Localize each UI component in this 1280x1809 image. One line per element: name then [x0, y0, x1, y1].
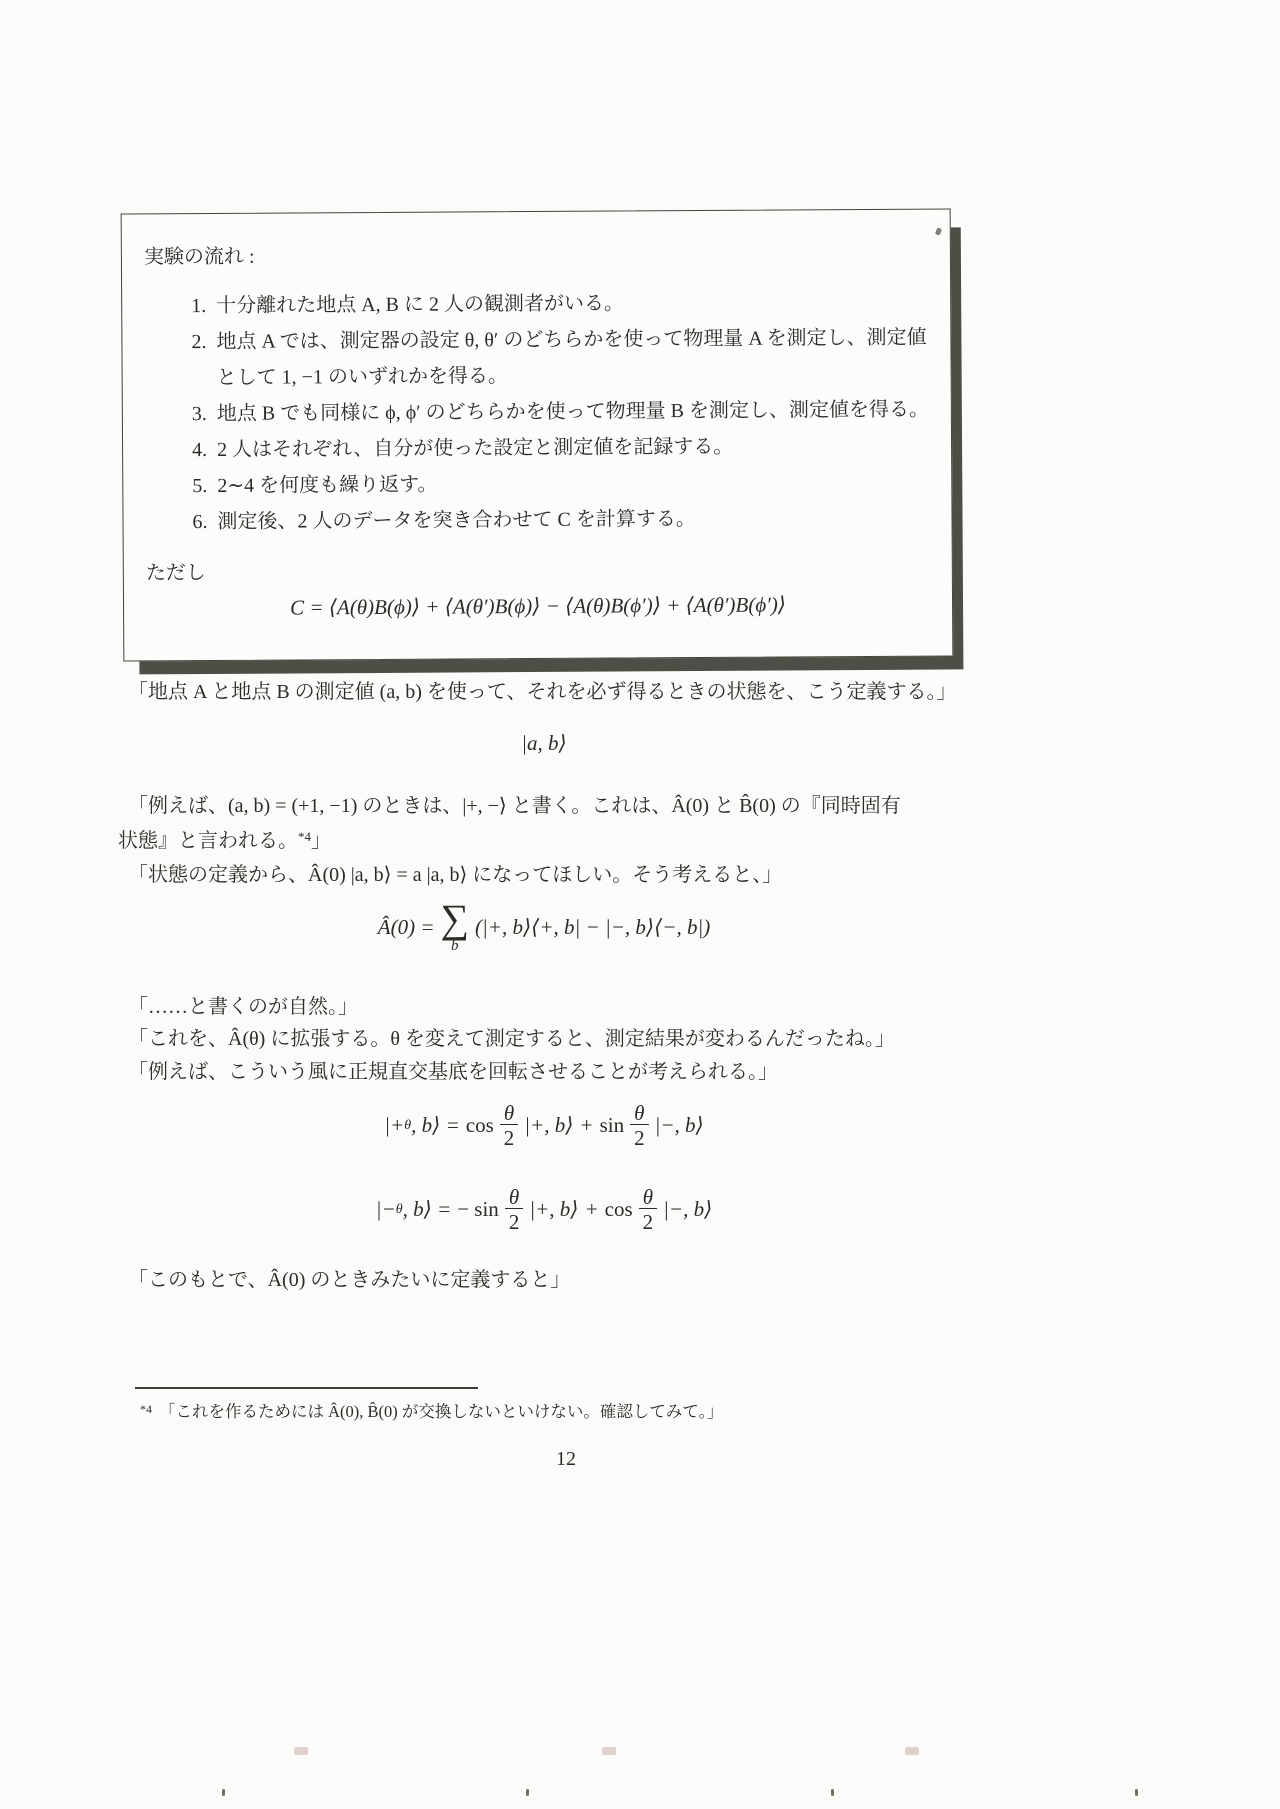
footnote-text: 「これを作るためには Â(0), B̂(0) が交換しないといけない。確認してみ…	[159, 1402, 723, 1421]
sigma-glyph: ∑	[441, 900, 470, 938]
fraction-denominator: 2	[630, 1124, 649, 1149]
scanned-document-page: 実験の流れ : 1. 十分離れた地点 A, B に 2 人の観測者がいる。 2.…	[0, 0, 1280, 1809]
fraction-theta-over-2: θ2	[505, 1186, 524, 1233]
paragraph-natural: 「……と書くのが自然。」	[118, 990, 978, 1019]
footnote-marker: *4	[140, 1402, 152, 1416]
paragraph-rotate-basis: 「例えば、こういう風に正規直交基底を回転させることが考えられる。」	[118, 1055, 978, 1084]
experiment-box-title: 実験の流れ :	[144, 240, 255, 270]
fraction-theta-over-2: θ2	[630, 1102, 649, 1149]
scan-speck	[905, 1747, 919, 1755]
experiment-step-4: 4. 2 人はそれぞれ、自分が使った設定と測定値を記録する。	[181, 428, 929, 469]
experiment-procedure-box: 実験の流れ : 1. 十分離れた地点 A, B に 2 人の観測者がいる。 2.…	[121, 208, 954, 661]
step-text: 十分離れた地点 A, B に 2 人の観測者がいる。	[216, 292, 624, 316]
fraction-numerator: θ	[639, 1186, 657, 1208]
plus-operator: +	[584, 1197, 598, 1222]
paragraph-define-state: 「地点 A と地点 B の測定値 (a, b) を使って、それを必ず得るときの状…	[118, 675, 978, 704]
equation-C: C = ⟨A(θ)B(ϕ)⟩ + ⟨A(θ′)B(ϕ)⟩ − ⟨A(θ)B(ϕ′…	[290, 592, 786, 619]
fraction-denominator: 2	[505, 1208, 524, 1233]
equation-C-line: C = ⟨A(θ)B(ϕ)⟩ + ⟨A(θ′)B(ϕ)⟩ − ⟨A(θ)B(ϕ′…	[124, 591, 952, 621]
experiment-step-6: 6. 測定後、2 人のデータを突き合わせて C を計算する。	[181, 500, 929, 541]
footnote: *4「これを作るためには Â(0), B̂(0) が交換しないといけない。確認し…	[140, 1398, 723, 1422]
fraction-numerator: θ	[630, 1102, 648, 1124]
sin-function: sin	[600, 1113, 625, 1138]
closing-quote: 」	[311, 830, 331, 852]
scan-speck	[526, 1789, 529, 1796]
equation-rot-plus: |+θ, b⟩ = cos θ2 |+, b⟩ + sin θ2 |−, b⟩	[381, 1102, 706, 1149]
fraction-theta-over-2: θ2	[500, 1102, 519, 1149]
equation-ket-ab-line: |a, b⟩	[118, 731, 970, 756]
equation-sum-rhs: (|+, b⟩⟨+, b| − |−, b⟩⟨−, b|)	[475, 915, 710, 940]
fraction-numerator: θ	[505, 1186, 523, 1208]
ket-mid: |+, b⟩	[524, 1113, 573, 1138]
ket-mid: |+, b⟩	[529, 1197, 578, 1222]
scan-speck	[831, 1789, 834, 1796]
equation-rot-minus-line: |−θ, b⟩ = − sin θ2 |+, b⟩ + cos θ2 |−, b…	[118, 1186, 970, 1233]
equation-rot-plus-line: |+θ, b⟩ = cos θ2 |+, b⟩ + sin θ2 |−, b⟩	[118, 1102, 970, 1149]
footnote-rule	[135, 1387, 478, 1389]
scan-speck	[602, 1747, 616, 1755]
paragraph-define-like-A0: 「このもとで、Â(0) のときみたいに定義すると」	[118, 1263, 978, 1292]
footnote-reference: *4	[298, 829, 311, 844]
cos-function: cos	[605, 1197, 633, 1222]
experiment-steps-list: 1. 十分離れた地点 A, B に 2 人の観測者がいる。 2. 地点 A では…	[180, 284, 930, 541]
step-number: 1.	[180, 288, 206, 324]
paragraph-example-line2: 状態』と言われる。*4」	[118, 824, 978, 853]
step-text: 測定後、2 人のデータを突き合わせて C を計算する。	[217, 508, 695, 533]
step-text-line1: 地点 A では、測定器の設定 θ, θ′ のどちらかを使って物理量 A を測定し…	[216, 320, 926, 360]
equation-ket-ab: |a, b⟩	[521, 731, 566, 755]
step-text: 2∼4 を何度も繰り返す。	[217, 474, 437, 497]
theta-subscript: θ	[404, 1118, 411, 1134]
paragraph-state-definition: 「状態の定義から、Â(0) |a, b⟩ = a |a, b⟩ になってほしい。…	[118, 858, 978, 887]
ket-post: , b⟩ =	[411, 1113, 460, 1138]
step-number: 6.	[181, 504, 207, 540]
ket-post: , b⟩ =	[403, 1197, 452, 1222]
step-text: 2 人はそれぞれ、自分が使った設定と測定値を記録する。	[217, 436, 733, 461]
scan-speck	[1135, 1789, 1138, 1796]
scan-speck	[294, 1747, 308, 1755]
scan-speck	[222, 1789, 225, 1796]
equation-sum-lhs: Â(0) =	[378, 915, 435, 940]
plus-operator: +	[579, 1113, 593, 1138]
equation-A0-sum: Â(0) = ∑ b (|+, b⟩⟨+, b| − |−, b⟩⟨−, b|)	[375, 900, 713, 954]
step-number: 5.	[181, 468, 207, 504]
sigma-subscript: b	[451, 939, 459, 954]
step-text-line2: として 1, −1 のいずれかを得る。	[217, 356, 927, 396]
equation-rot-minus: |−θ, b⟩ = − sin θ2 |+, b⟩ + cos θ2 |−, b…	[373, 1186, 716, 1233]
fraction-numerator: θ	[500, 1102, 518, 1124]
paragraph-example-line2-text: 状態』と言われる。	[118, 830, 298, 852]
ket-pre: |−	[376, 1197, 396, 1222]
experiment-step-5: 5. 2∼4 を何度も繰り返す。	[181, 464, 929, 505]
fraction-denominator: 2	[639, 1208, 658, 1233]
step-number: 4.	[181, 432, 207, 468]
experiment-step-1: 1. 十分離れた地点 A, B に 2 人の観測者がいる。	[180, 284, 928, 325]
page-number: 12	[0, 1448, 1132, 1471]
ket-end: |−, b⟩	[663, 1197, 712, 1222]
paragraph-extend-theta: 「これを、Â(θ) に拡張する。θ を変えて測定すると、測定結果が変わるんだった…	[118, 1022, 978, 1051]
minus-sin-function: − sin	[457, 1197, 499, 1222]
equation-sum-line: Â(0) = ∑ b (|+, b⟩⟨+, b| − |−, b⟩⟨−, b|)	[118, 900, 970, 954]
cos-function: cos	[466, 1113, 494, 1138]
step-number: 3.	[181, 396, 207, 432]
paragraph-example-line1: 「例えば、(a, b) = (+1, −1) のときは、|+, −⟩ と書く。こ…	[118, 789, 978, 818]
step-text: 地点 B でも同様に ϕ, ϕ′ のどちらかを使って物理量 B を測定し、測定値…	[217, 399, 929, 425]
experiment-step-2: 2. 地点 A では、測定器の設定 θ, θ′ のどちらかを使って物理量 A を…	[180, 320, 929, 397]
fraction-denominator: 2	[500, 1124, 519, 1149]
ket-end: |−, b⟩	[655, 1113, 704, 1138]
tadashi-note: ただし	[146, 556, 206, 585]
fraction-theta-over-2: θ2	[639, 1186, 658, 1233]
summation-symbol: ∑ b	[441, 900, 470, 954]
theta-subscript: θ	[396, 1202, 403, 1218]
ket-pre: |+	[384, 1113, 404, 1138]
experiment-step-3: 3. 地点 B でも同様に ϕ, ϕ′ のどちらかを使って物理量 B を測定し、…	[181, 392, 929, 433]
step-number: 2.	[180, 324, 206, 396]
